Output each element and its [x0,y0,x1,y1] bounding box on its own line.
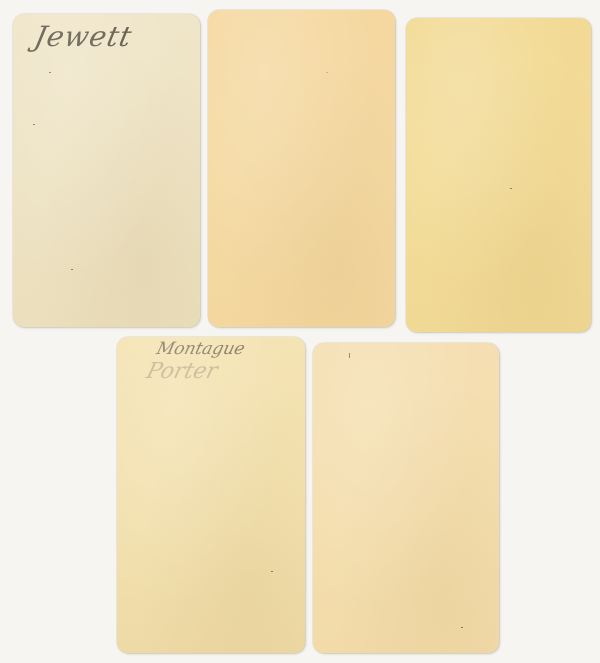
handwritten-inscription-faint: Porter [144,359,220,384]
handwritten-inscription: Jewett [31,20,135,53]
card-3 [406,18,591,332]
speck [349,353,350,358]
speck [510,188,512,189]
card-4-montague: Montague Porter [117,337,305,653]
handwritten-inscription: Montague [155,339,247,359]
card-2 [208,10,395,327]
speck [326,72,328,73]
speck [461,627,463,628]
scan-background: Jewett Montague Porter [0,0,600,663]
speck [271,571,273,572]
speck [71,269,73,270]
card-5 [313,343,499,653]
card-1-jewett: Jewett [13,14,200,327]
speck [49,72,51,73]
speck [33,124,35,125]
